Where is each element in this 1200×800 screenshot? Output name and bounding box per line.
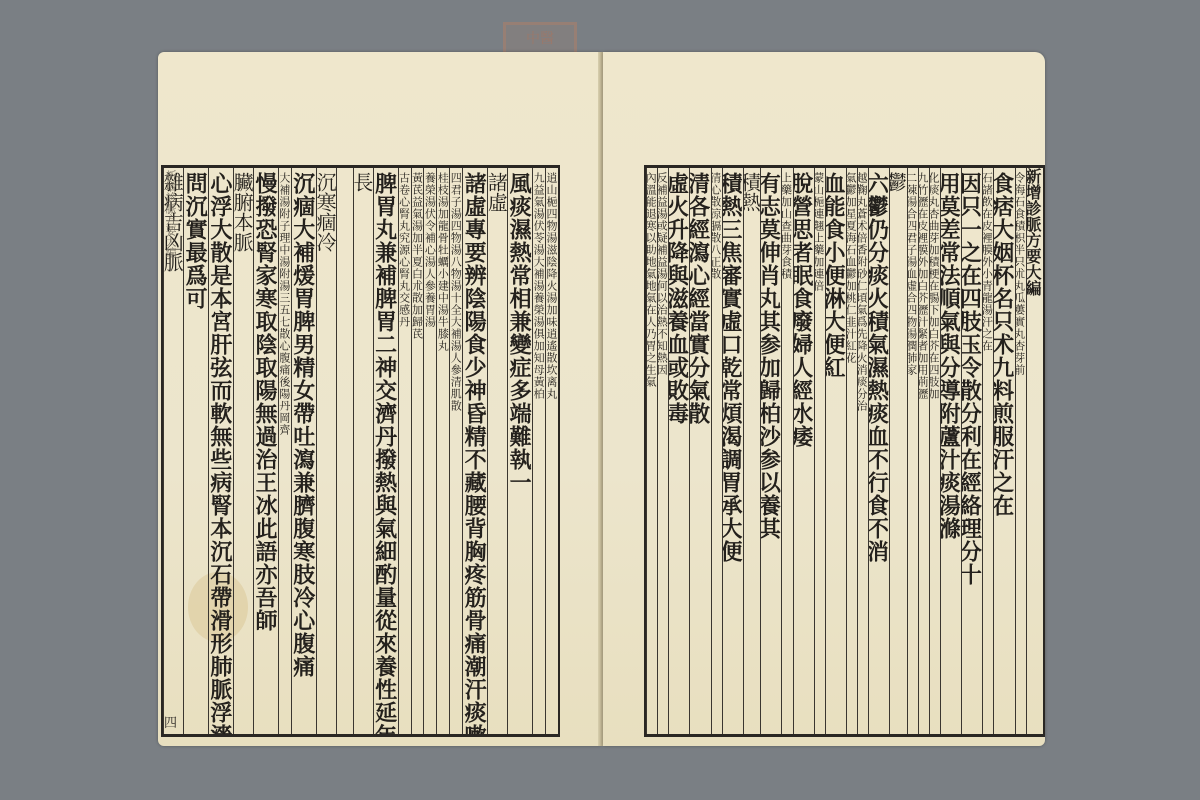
text-column: 養榮湯伏令補心湯人參養胃湯: [423, 168, 436, 734]
right-page: 新增診脈方要大編 令海石食積枳半只朮丸瓜蔞實丸杏芽前 食痞大姻杯名只术九料煎服汗…: [603, 52, 1045, 746]
text-column: 問沉實最爲可: [183, 168, 208, 734]
section-heading: 諸虛: [487, 168, 507, 734]
text-column: 化痰丸杏曲芽加積梗在腸下加白芥在四肢加: [929, 168, 940, 734]
watermark-text: 中醫: [526, 31, 554, 47]
section-heading: 沉寒痼冷: [316, 168, 336, 734]
text-column: 有志莫伸肖丸其参加歸柏沙参以養其: [760, 168, 781, 734]
text-column: 令海石食積枳半只朮丸瓜蔞實丸杏芽前: [1015, 168, 1026, 734]
text-column: 古卷心腎丸究源心腎丸交感丹: [398, 168, 411, 734]
text-column: 反補益湯或疑補益湯何以治熱不知熱因: [657, 168, 668, 734]
left-print-frame: 逍山梔四物湯滋陰降火湯加味逍遙散坎离丸 九益氣湯伏苓湯大補湯養榮湯俱加知母黃柏 …: [161, 165, 560, 737]
left-page: 逍山梔四物湯滋陰降火湯加味逍遙散坎离丸 九益氣湯伏苓湯大補湯養榮湯俱加知母黃柏 …: [158, 52, 601, 746]
text-column: 血能食小便淋大便紅: [825, 168, 846, 734]
text-column: 虛火升降與滋養血或敗毒: [668, 168, 689, 734]
blank-column: [336, 168, 353, 734]
left-text-columns: 逍山梔四物湯滋陰降火湯加味逍遙散坎离丸 九益氣湯伏苓湯大補湯養榮湯俱加知母黃柏 …: [163, 168, 558, 734]
page-number: 四: [164, 712, 177, 731]
text-column: 桂枝湯加龍骨牡蠣小建中湯牛膝丸: [436, 168, 449, 734]
right-print-frame: 新增診脈方要大編 令海石食積枳半只朮丸瓜蔞實丸杏芽前 食痞大姻杯名只术九料煎服汗…: [644, 165, 1045, 737]
text-column: 脾胃丸兼補脾胃二神交濟丹撥熱與氣細酌量從來養性延年藥只是中和効更: [373, 168, 398, 734]
text-column: 食痞大姻杯名只术九料煎服汗之在: [993, 168, 1014, 734]
text-column: 六鬱仍分痰火積氣濕熱痰血不行食不消: [868, 168, 889, 734]
text-column: 積熱三焦審實虛口乾常煩渴調胃承大便: [722, 168, 743, 734]
section-heading: 鬱: [889, 168, 906, 734]
text-column: 上藥加山查曲芽食積: [781, 168, 792, 734]
text-column: 九益氣湯伏苓湯大補湯養榮湯俱加知母黃柏: [532, 168, 545, 734]
text-column: 蒙山梔連翹上藥加連倍: [814, 168, 825, 734]
text-column: 心浮大散是本宮肝弦而軟無些病腎本沉石帶滑形肺脈浮濇短爲平脾脈本緩苦不見命: [208, 168, 233, 734]
text-column: 清各經瀉心經當實分氣散: [689, 168, 710, 734]
text-column: 諸虛專要辨陰陽食少神昏精不藏腰背胸疼筋骨痛潮汗痰嗽是其常外因新損宜多發: [462, 168, 487, 734]
text-column: 沉痼大補煖胃脾男精女帶吐瀉兼臍腹寒肢冷心腹痛: [291, 168, 316, 734]
text-column: 逍山梔四物湯滋陰降火湯加味逍遙散坎离丸: [545, 168, 558, 734]
right-text-columns: 新增診脈方要大編 令海石食積枳半只朮丸瓜蔞實丸杏芽前 食痞大姻杯名只术九料煎服汗…: [646, 168, 1043, 734]
text-column: 脫營思者眠食廢婦人經水痿: [793, 168, 814, 734]
text-column: 石諸飲在皮裡膜外小青龍湯汗之在: [982, 168, 993, 734]
margin-title: 新增診脈方要大編: [162, 170, 178, 258]
text-column: 九竹瀝在皮裡膜外加白芥瀝汁緊者加用荊瀝: [918, 168, 929, 734]
text-column: 四君子湯四物湯八物湯十全大補湯人參清肌散: [449, 168, 462, 734]
text-column: 大補湯附子理中湯附湯三五七散心腹痛後陽丹岡齊: [278, 168, 291, 734]
section-heading: 積熱: [743, 168, 760, 734]
text-column: 慢撥恐腎家寒取陰取陽無過治王冰此語亦吾師: [253, 168, 278, 734]
text-column: 黃芪益氣湯加半夏白朮散加歸芪: [411, 168, 424, 734]
text-column: 內溫能退寒以助地氣地氣在人乃胃之生氣: [646, 168, 657, 734]
section-heading: 臟腑本脈: [233, 168, 253, 734]
text-column: 清心散涼膈散八正散: [711, 168, 722, 734]
text-column: 用莫差常法順氣與分導附蘆汁痰湯滌: [940, 168, 961, 734]
text-column: 越鞠丸蒼术倍香附砂仁頃氣爲先降火消痰分治: [857, 168, 868, 734]
text-column: 風痰濕熱常相兼變症多端難執一: [507, 168, 532, 734]
text-column: 因只一之在四肢玉令散分利在經絡理分十: [961, 168, 982, 734]
text-column: 氣鬱加星夏海石血鬱加桃仁韭汁紅花: [846, 168, 857, 734]
text-column: 長: [353, 168, 373, 734]
text-column: 二陳湯合四君子湯血虛合四物湯潤肺家: [907, 168, 918, 734]
margin-title: 新增診脈方要大編: [1026, 168, 1043, 734]
